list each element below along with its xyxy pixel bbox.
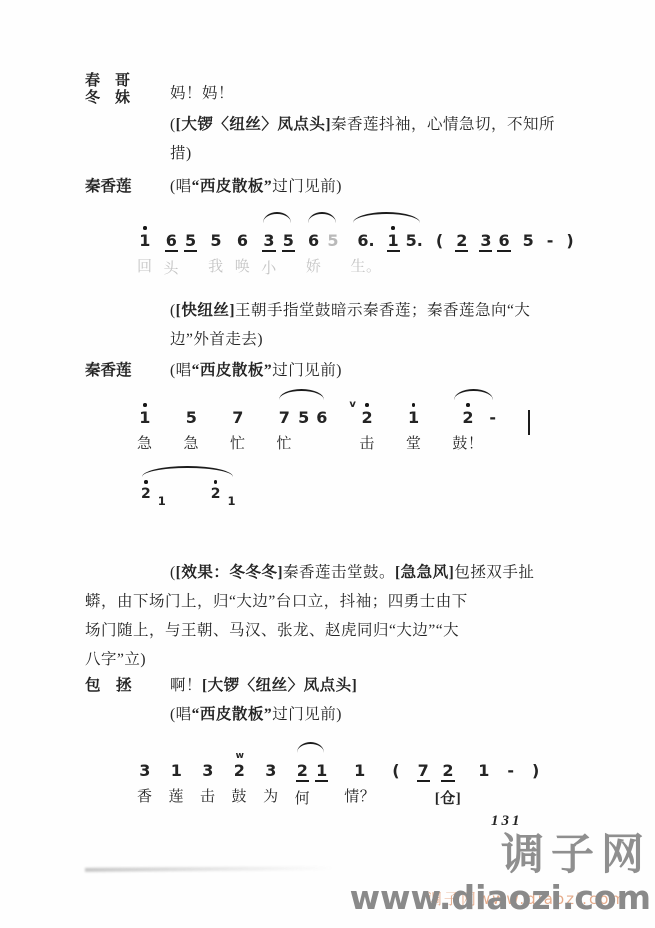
note-number: 1	[139, 408, 150, 427]
note-group: (	[391, 740, 400, 787]
note-underline-wrap: 7	[231, 408, 244, 427]
note-number: 1	[354, 761, 365, 780]
note-group: 5急	[184, 387, 200, 454]
singing-cue-2: (唱“西皮散板”过门见前)	[170, 356, 342, 385]
lyric-syllable: [仓]	[435, 789, 462, 809]
note-underline-wrap: 6	[165, 231, 178, 252]
note-group: 72[仓]	[417, 740, 462, 809]
note-underline-wrap: 5	[326, 231, 339, 250]
jianpu-note: -	[546, 222, 555, 257]
note-number: 6	[316, 408, 327, 427]
direction-line: ([大锣〈纽丝〉凤点头]秦香莲抖袖，心情急切，不知所	[170, 110, 555, 139]
note-underline-wrap: 5	[184, 231, 197, 252]
lyric-syllable: 急	[137, 434, 153, 454]
note-number: 7	[418, 761, 429, 780]
note-underline-wrap: 1	[315, 761, 328, 782]
note-underline-wrap: (	[435, 231, 444, 250]
note-underline-wrap: 1	[407, 408, 420, 427]
text-segment: (唱	[170, 362, 192, 379]
jianpu-note: 6	[315, 399, 328, 454]
note-underline-wrap: 3	[264, 761, 277, 780]
note-number: 2	[211, 485, 221, 504]
jianpu-note: 5	[522, 222, 535, 257]
text-segment: (唱	[170, 178, 192, 195]
note-number: 5.	[406, 231, 423, 250]
jianpu-note: )	[565, 222, 574, 257]
note-number: 6	[498, 231, 509, 250]
note-number: 2	[442, 761, 453, 780]
note-number: 6	[308, 231, 319, 250]
jianpu-note: 3击	[200, 752, 216, 807]
jianpu-note: 5	[282, 222, 295, 279]
note-number: 5	[523, 231, 534, 250]
text-segment: [快纽丝]	[176, 302, 235, 319]
speaker-label-baozheng: 包 拯	[85, 671, 132, 700]
high-octave-dot	[214, 480, 218, 484]
watermark: 调子网www.diaozi.com 调子网 www.diaozi.com	[350, 834, 651, 914]
octave-dot-area	[365, 399, 369, 408]
speaker-name-line: 春 哥	[85, 73, 130, 90]
text-segment: 措)	[170, 145, 192, 162]
jianpu-note: -	[506, 752, 515, 787]
jianpu-note: 1急	[137, 399, 153, 454]
octave-dot-area	[144, 476, 148, 485]
note-underline-wrap: 2	[296, 761, 309, 782]
jianpu-note: 2鼓！	[452, 399, 483, 454]
note-group: v2击	[359, 387, 375, 454]
note-group: 1回	[137, 210, 153, 277]
note-number: (	[436, 231, 443, 250]
slur-group: 6.生。15.	[351, 210, 424, 277]
note-underline-wrap: 2	[441, 761, 454, 782]
text-segment: 包拯双手扯	[454, 564, 534, 581]
jianpu-note: 7	[417, 752, 430, 809]
lyric-syllable: 小	[261, 259, 277, 279]
octave-dot-area	[143, 399, 147, 408]
jianpu-note: 3为	[263, 752, 279, 807]
jianpu-note: 3	[479, 222, 492, 259]
note-group: 7忙	[230, 387, 246, 454]
note-number: 1	[158, 492, 166, 511]
note-group: 1情？	[344, 740, 375, 807]
note-group: w2鼓	[232, 740, 248, 807]
dialog-line-ma: 妈！妈！	[170, 79, 234, 108]
octave-dot-area	[391, 222, 395, 231]
lyric-syllable: 唤	[235, 257, 251, 277]
note-underline-wrap: 7	[417, 761, 430, 782]
note-number: 3	[265, 761, 276, 780]
text-segment: “西皮散板”	[192, 362, 273, 379]
note-number: 5	[327, 231, 338, 250]
note-group: 6头5	[164, 210, 198, 279]
note-underline-wrap: 5	[185, 408, 198, 427]
note-number: 3	[139, 761, 150, 780]
jianpu-note: 5.	[405, 222, 424, 277]
note-underline-wrap: 3	[479, 231, 492, 252]
note-underline-wrap: (	[391, 761, 400, 780]
jianpu-note: -	[488, 399, 497, 454]
note-number: 2	[362, 408, 373, 427]
note-number: 2	[462, 408, 473, 427]
jianpu-note: 1	[315, 752, 328, 809]
note-underline-wrap: -	[546, 231, 555, 250]
text-segment: 王朝手指堂鼓暗示秦香莲；秦香莲急向“大	[235, 302, 530, 319]
note-underline-wrap: 1	[138, 231, 151, 250]
octave-dot-area: w	[236, 752, 243, 761]
jianpu-note: 5	[297, 399, 310, 454]
high-octave-dot	[143, 403, 147, 407]
note-underline-wrap: 6	[307, 231, 320, 250]
speaker-label-qinxianglian: 秦香莲	[85, 356, 132, 385]
music-line-3: 3香1莲3击w2鼓3为2何11情？(72[仓]1-)	[137, 740, 540, 809]
note-number: 5	[186, 408, 197, 427]
lyric-syllable: 忙	[230, 434, 246, 454]
note-number: -	[489, 408, 496, 427]
note-number: 3	[480, 231, 491, 250]
jianpu-note: 7忙	[230, 399, 246, 454]
stage-direction-2: ([快纽丝]王朝手指堂鼓暗示秦香莲；秦香莲急向“大边”外首走去)	[170, 296, 530, 354]
watermark-site-name: 调子网	[350, 834, 651, 877]
jianpu-note: 1	[227, 476, 237, 518]
note-underline-wrap: 1	[227, 485, 237, 511]
note-underline-wrap: -	[506, 761, 515, 780]
lyric-syllable: 忙	[277, 434, 293, 454]
lyric-syllable: 急	[184, 434, 200, 454]
note-number: 5	[210, 231, 221, 250]
note-group: 36	[479, 210, 510, 259]
lyric-syllable: 莲	[169, 787, 185, 807]
note-number: -	[507, 761, 514, 780]
note-number: 1	[139, 231, 150, 250]
note-number: 1	[316, 761, 327, 780]
note-group: -	[546, 210, 555, 257]
text-segment: 场门随上，与王朝、马汉、张龙、赵虎同归“大边”“大	[85, 622, 459, 639]
jianpu-note: 1	[477, 752, 490, 787]
note-underline-wrap: )	[565, 231, 574, 250]
note-underline-wrap: 5	[522, 231, 535, 250]
note-underline-wrap: 5	[282, 231, 295, 252]
lyric-syllable: 头	[164, 259, 180, 279]
direction-line: ([效果：冬冬冬]秦香莲击堂鼓。[急急风]包拯双手扯	[170, 558, 534, 587]
note-number: 6.	[357, 231, 374, 250]
stage-direction-1: ([大锣〈纽丝〉凤点头]秦香莲抖袖，心情急切，不知所措)	[170, 110, 555, 168]
slur-group: 7忙56	[277, 387, 329, 454]
jianpu-note: 2[仓]	[435, 752, 462, 809]
text-segment: 啊！	[170, 677, 202, 694]
jianpu-note: 6头	[164, 222, 180, 279]
text-segment: [急急风]	[395, 564, 454, 581]
text-segment: (唱	[170, 706, 192, 723]
note-underline-wrap: 6	[315, 408, 328, 427]
lyric-syllable: 回	[137, 257, 153, 277]
note-group: 1	[477, 740, 490, 787]
note-group: 1堂	[406, 387, 422, 454]
jianpu-note: 1回	[137, 222, 153, 277]
note-underline-wrap: 3	[201, 761, 214, 780]
text-segment: [效果：冬冬冬]	[176, 564, 283, 581]
note-underline-wrap: 1	[170, 761, 183, 780]
text-segment: 妈！妈！	[170, 85, 234, 102]
jianpu-note: 5	[326, 222, 339, 277]
high-octave-dot	[365, 403, 369, 407]
note-number: (	[392, 761, 399, 780]
note-group: 3为	[263, 740, 279, 807]
note-group: 3香	[137, 740, 153, 807]
text-segment: 八字”立)	[85, 651, 146, 668]
breath-mark-icon: v	[349, 400, 356, 410]
text-segment: 过门见前)	[272, 706, 342, 723]
note-underline-wrap: 1	[387, 231, 400, 252]
slur-group: 6娇5	[306, 210, 340, 277]
note-group: (	[435, 210, 444, 257]
lyric-syllable: 我	[208, 257, 224, 277]
octave-dot-area	[466, 399, 470, 408]
note-group: 1莲	[169, 740, 185, 807]
dialog-line-baozheng: 啊！[大锣〈纽丝〉凤点头]	[170, 671, 357, 700]
text-segment: [大锣〈纽丝〉凤点头]	[202, 677, 357, 694]
note-group: )	[531, 740, 540, 787]
note-group: 2	[455, 210, 468, 259]
jianpu-note: 1堂	[406, 399, 422, 454]
barline-stroke	[528, 410, 530, 435]
jianpu-note: 1莲	[169, 752, 185, 807]
note-number: 5	[298, 408, 309, 427]
page-number: 131	[491, 813, 523, 830]
note-number: 2	[297, 761, 308, 780]
lyric-syllable: 击	[200, 787, 216, 807]
note-underline-wrap: -	[488, 408, 497, 427]
note-underline-wrap: )	[531, 761, 540, 780]
note-underline-wrap: 2	[233, 761, 246, 780]
note-number: -	[547, 231, 554, 250]
jianpu-note: 5我	[208, 222, 224, 277]
lyric-syllable: 生。	[351, 257, 382, 277]
note-number: 5	[283, 231, 294, 250]
note-underline-wrap: 2	[461, 408, 474, 427]
note-number: 3	[263, 231, 274, 250]
note-underline-wrap: 6	[236, 231, 249, 250]
watermark-site-url: www.diaozi.com	[350, 881, 651, 914]
jianpu-note: 2	[210, 476, 222, 518]
note-underline-wrap: 3	[262, 231, 275, 252]
note-underline-wrap: 2	[210, 485, 222, 504]
note-underline-wrap: 6.	[356, 231, 375, 250]
note-number: 2	[234, 761, 245, 780]
text-segment: 蟒，由下场门上，归“大边”台口立，抖袖；四勇士由下	[85, 593, 468, 610]
direction-line: ([快纽丝]王朝手指堂鼓暗示秦香莲；秦香莲急向“大	[170, 296, 530, 325]
slur-group: 2121	[140, 464, 237, 518]
lyric-syllable: 娇	[306, 257, 322, 277]
note-underline-wrap: 1	[353, 761, 366, 780]
jianpu-note: 2	[455, 222, 468, 259]
text-segment: 边”外首走去)	[170, 331, 263, 348]
scan-smudge-artifact	[85, 866, 335, 872]
note-group: 6唤	[235, 210, 251, 277]
spacer	[172, 476, 210, 518]
direction-line: 措)	[170, 139, 555, 168]
octave-dot-area	[412, 399, 416, 408]
note-number: 1	[478, 761, 489, 780]
jianpu-note: 1	[157, 476, 167, 518]
note-number: 3	[202, 761, 213, 780]
note-group: -	[506, 740, 515, 787]
jianpu-note: 2	[140, 476, 152, 518]
jianpu-note: 2何	[295, 752, 311, 809]
jianpu-note: 6娇	[306, 222, 322, 277]
note-number: 2	[456, 231, 467, 250]
note-number: 1	[228, 492, 236, 511]
note-number: 1	[171, 761, 182, 780]
note-number: 7	[232, 408, 243, 427]
note-underline-wrap: 3	[138, 761, 151, 780]
speaker-label-chunge-dongmei: 春 哥冬 妹	[85, 73, 130, 107]
note-underline-wrap: 5	[209, 231, 222, 250]
note-underline-wrap: 5.	[405, 231, 424, 250]
high-octave-dot	[466, 403, 470, 407]
note-number: 7	[279, 408, 290, 427]
lyric-syllable: 为	[263, 787, 279, 807]
note-number: 2	[141, 485, 151, 504]
score-page: 春 哥冬 妹 妈！妈！ ([大锣〈纽丝〉凤点头]秦香莲抖袖，心情急切，不知所措)…	[0, 0, 655, 928]
singing-cue-1: (唱“西皮散板”过门见前)	[170, 172, 342, 201]
note-underline-wrap: 1	[477, 761, 490, 780]
note-underline-wrap: 2	[361, 408, 374, 427]
direction-line: 蟒，由下场门上，归“大边”台口立，抖袖；四勇士由下	[85, 587, 534, 616]
music-line-1: 1回6头55我6唤3小56娇56.生。15.(2365-)	[137, 210, 575, 279]
high-octave-dot	[391, 226, 395, 230]
slur-group: 2鼓！-	[452, 387, 497, 454]
note-group: 5我	[208, 210, 224, 277]
jianpu-note: (	[391, 752, 400, 787]
text-segment: 秦香莲击堂鼓。	[283, 564, 395, 581]
text-segment: “西皮散板”	[192, 178, 273, 195]
jianpu-note: v2击	[359, 399, 375, 454]
jianpu-note: 5	[184, 222, 197, 279]
note-group: 5	[522, 210, 535, 257]
note-number: )	[532, 761, 539, 780]
jianpu-note: 6	[497, 222, 510, 259]
trill-mark-icon: w	[236, 752, 243, 761]
note-number: 1	[388, 231, 399, 250]
jianpu-note: 1情？	[344, 752, 375, 807]
speaker-name-line: 冬 妹	[85, 90, 130, 107]
lyric-syllable: 堂	[406, 434, 422, 454]
note-group: 1急	[137, 387, 153, 454]
jianpu-note: 7忙	[277, 399, 293, 454]
lyric-syllable: 击	[359, 434, 375, 454]
speaker-label-qinxianglian: 秦香莲	[85, 172, 132, 201]
jianpu-note: 6.生。	[351, 222, 382, 277]
note-number: 6	[237, 231, 248, 250]
lyric-syllable: 鼓	[232, 787, 248, 807]
note-underline-wrap: 2	[455, 231, 468, 252]
lyric-syllable: 香	[137, 787, 153, 807]
slur-group: 3小5	[261, 210, 295, 279]
note-underline-wrap: 1	[157, 485, 167, 511]
text-segment: 秦香莲抖袖，心情急切，不知所	[331, 116, 555, 133]
note-number: 1	[408, 408, 419, 427]
jianpu-note: 3香	[137, 752, 153, 807]
note-underline-wrap: 7	[278, 408, 291, 427]
note-underline-wrap: 2	[140, 485, 152, 504]
note-underline-wrap: 5	[297, 408, 310, 427]
note-number: 5	[185, 231, 196, 250]
jianpu-note: w2鼓	[232, 752, 248, 807]
direction-line: 边”外首走去)	[170, 325, 530, 354]
high-octave-dot	[143, 226, 147, 230]
direction-line: 场门随上，与王朝、马汉、张龙、赵虎同归“大边”“大	[85, 616, 534, 645]
text-segment: “西皮散板”	[192, 706, 273, 723]
octave-dot-area	[214, 476, 218, 485]
text-segment: 过门见前)	[272, 178, 342, 195]
note-group: )	[565, 210, 574, 257]
jianpu-note: )	[531, 752, 540, 787]
note-number: 6	[166, 231, 177, 250]
singing-cue-3: (唱“西皮散板”过门见前)	[170, 700, 342, 729]
music-line-2: 1急5急7忙7忙56v2击1堂2鼓！-	[137, 387, 530, 454]
music-line-grace: 2121	[140, 464, 237, 518]
note-number: )	[566, 231, 573, 250]
lyric-syllable: 情？	[344, 787, 375, 807]
note-group	[528, 387, 530, 442]
jianpu-note: 3小	[261, 222, 277, 279]
slur-group: 2何1	[295, 740, 329, 809]
octave-dot-area	[143, 222, 147, 231]
stage-direction-3: ([效果：冬冬冬]秦香莲击堂鼓。[急急风]包拯双手扯蟒，由下场门上，归“大边”台…	[85, 558, 534, 674]
direction-line: 八字”立)	[85, 645, 534, 674]
barline	[528, 399, 530, 442]
text-segment: 过门见前)	[272, 362, 342, 379]
note-group: 3击	[200, 740, 216, 807]
jianpu-note: (	[435, 222, 444, 257]
jianpu-note: 1	[387, 222, 400, 277]
lyric-syllable: 鼓！	[452, 434, 483, 454]
note-underline-wrap: 1	[138, 408, 151, 427]
note-underline-wrap: 6	[497, 231, 510, 252]
lyric-syllable: 何	[295, 789, 311, 809]
jianpu-note: 5急	[184, 399, 200, 454]
high-octave-dot	[412, 403, 416, 407]
jianpu-note: 6唤	[235, 222, 251, 277]
text-segment: [大锣〈纽丝〉凤点头]	[176, 116, 331, 133]
high-octave-dot	[144, 480, 148, 484]
